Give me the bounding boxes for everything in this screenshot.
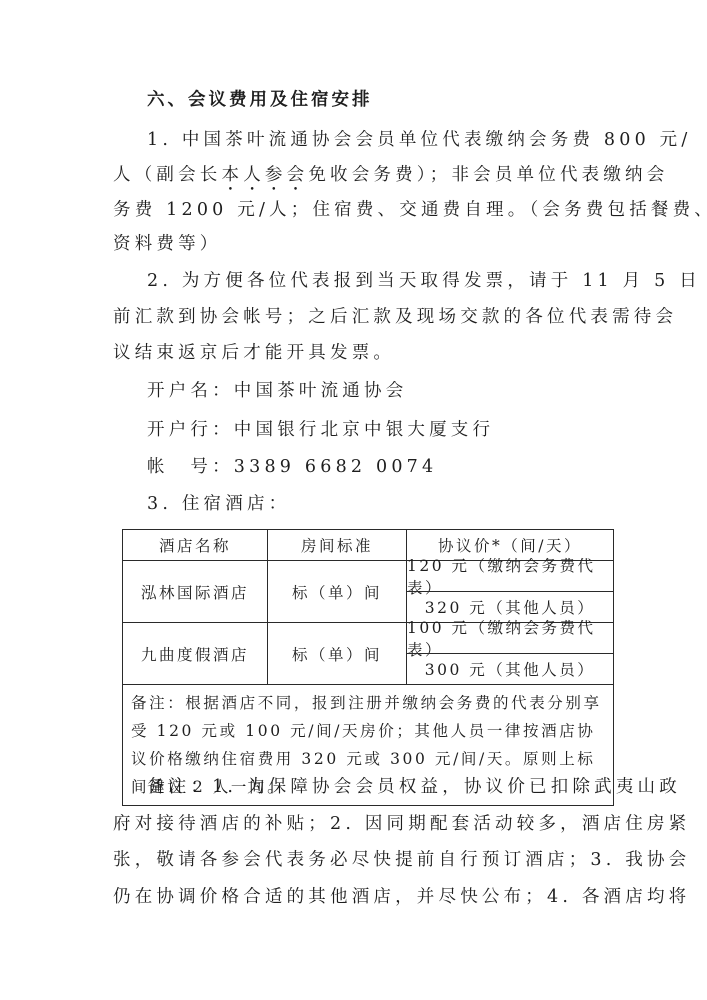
price-member: 120 元（缴纳会务费代表） <box>407 561 613 591</box>
table-row: 泓林国际酒店 标（单）间 120 元（缴纳会务费代表） 320 元（其他人员） <box>123 561 613 623</box>
bank-name: 开户行：中国银行北京中银大厦支行 <box>147 420 647 440</box>
paragraph-2-line-3: 议结束返京后才能开具发票。 <box>113 343 613 363</box>
paragraph-1-line-2: 人（副会长本人参会免收会务费）；非会员单位代表缴纳会 <box>113 165 613 195</box>
hotel-name: 九曲度假酒店 <box>123 623 268 684</box>
remarks-line-4: 仍在协调价格合适的其他酒店，并尽快公布；4. 各酒店均将 <box>113 887 613 907</box>
room-type: 标（单）间 <box>268 561 407 622</box>
paragraph-1-line-3: 务费 1200 元/人；住宿费、交通费自理。（会务费包括餐费、 <box>113 200 613 220</box>
header-hotel-name: 酒店名称 <box>123 530 268 560</box>
price-member: 100 元（缴纳会务费代表） <box>407 623 613 653</box>
hotel-table: 酒店名称 房间标准 协议价*（间/天） 泓林国际酒店 标（单）间 120 元（缴… <box>122 529 614 806</box>
table-row: 九曲度假酒店 标（单）间 100 元（缴纳会务费代表） 300 元（其他人员） <box>123 623 613 685</box>
account-name: 开户名：中国茶叶流通协会 <box>147 381 647 401</box>
remarks-line-1: 备注：1. 为保障协会会员权益，协议价已扣除武夷山政 <box>147 777 647 797</box>
emphasized-text: 本人参会 <box>222 165 309 185</box>
price-cell: 120 元（缴纳会务费代表） 320 元（其他人员） <box>407 561 613 622</box>
paragraph-1-line-1: 1. 中国茶叶流通协会会员单位代表缴纳会务费 800 元/ <box>147 130 647 150</box>
hotel-name: 泓林国际酒店 <box>123 561 268 622</box>
room-type: 标（单）间 <box>268 623 407 684</box>
price-cell: 100 元（缴纳会务费代表） 300 元（其他人员） <box>407 623 613 684</box>
account-number: 帐 号：3389 6682 0074 <box>147 457 647 477</box>
paragraph-1-line-4: 资料费等） <box>113 234 613 254</box>
price-other: 300 元（其他人员） <box>407 653 613 684</box>
header-room-type: 房间标准 <box>268 530 407 560</box>
remarks-line-3: 张，敬请各参会代表务必尽快提前自行预订酒店；3. 我协会 <box>113 850 613 870</box>
remarks-line-2: 府对接待酒店的补贴；2. 因同期配套活动较多，酒店住房紧 <box>113 814 613 834</box>
paragraph-2-line-1: 2. 为方便各位代表报到当天取得发票，请于 11 月 5 日 <box>147 271 647 291</box>
paragraph-2-line-2: 前汇款到协会帐号；之后汇款及现场交款的各位代表需待会 <box>113 307 613 327</box>
hotel-section-title: 3. 住宿酒店： <box>147 494 647 514</box>
section-heading: 六、会议费用及住宿安排 <box>147 90 647 110</box>
